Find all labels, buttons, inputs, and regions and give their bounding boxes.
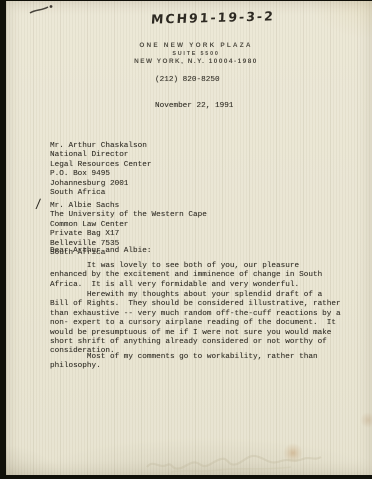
paragraph-3: Most of my comments go to workability, r… — [50, 353, 318, 372]
paper-sheet: MCH91-19-3-2 ONE NEW YORK PLAZA SUITE 55… — [6, 1, 372, 475]
letterhead-address-line1: ONE NEW YORK PLAZA — [61, 42, 331, 49]
catalog-number-handwriting: MCH91-19-3-2 — [151, 8, 276, 26]
scanned-letter-page: { "annotations": { "catalog_number": "MC… — [0, 0, 372, 479]
check-mark: / — [35, 197, 41, 212]
paragraph-1: It was lovely to see both of you, our pl… — [50, 262, 322, 290]
ink-mark — [28, 3, 58, 17]
faint-pencil-handwriting — [141, 441, 326, 477]
letterhead-suite-line: SUITE 5500 — [61, 51, 331, 57]
letterhead-phone: (212) 820-8250 — [155, 76, 220, 85]
paragraph-2: Herewith my thoughts about your splendid… — [50, 291, 341, 357]
recipient-address-chaskalson: Mr. Arthur Chaskalson National Director … — [50, 142, 152, 198]
letterhead: ONE NEW YORK PLAZA SUITE 5500 NEW YORK, … — [61, 42, 331, 65]
salutation: Dear Arthur and Albie: — [50, 247, 152, 256]
letter-date: November 22, 1991 — [155, 102, 233, 111]
letterhead-address-line2: NEW YORK, N.Y. 10004-1980 — [61, 58, 331, 65]
